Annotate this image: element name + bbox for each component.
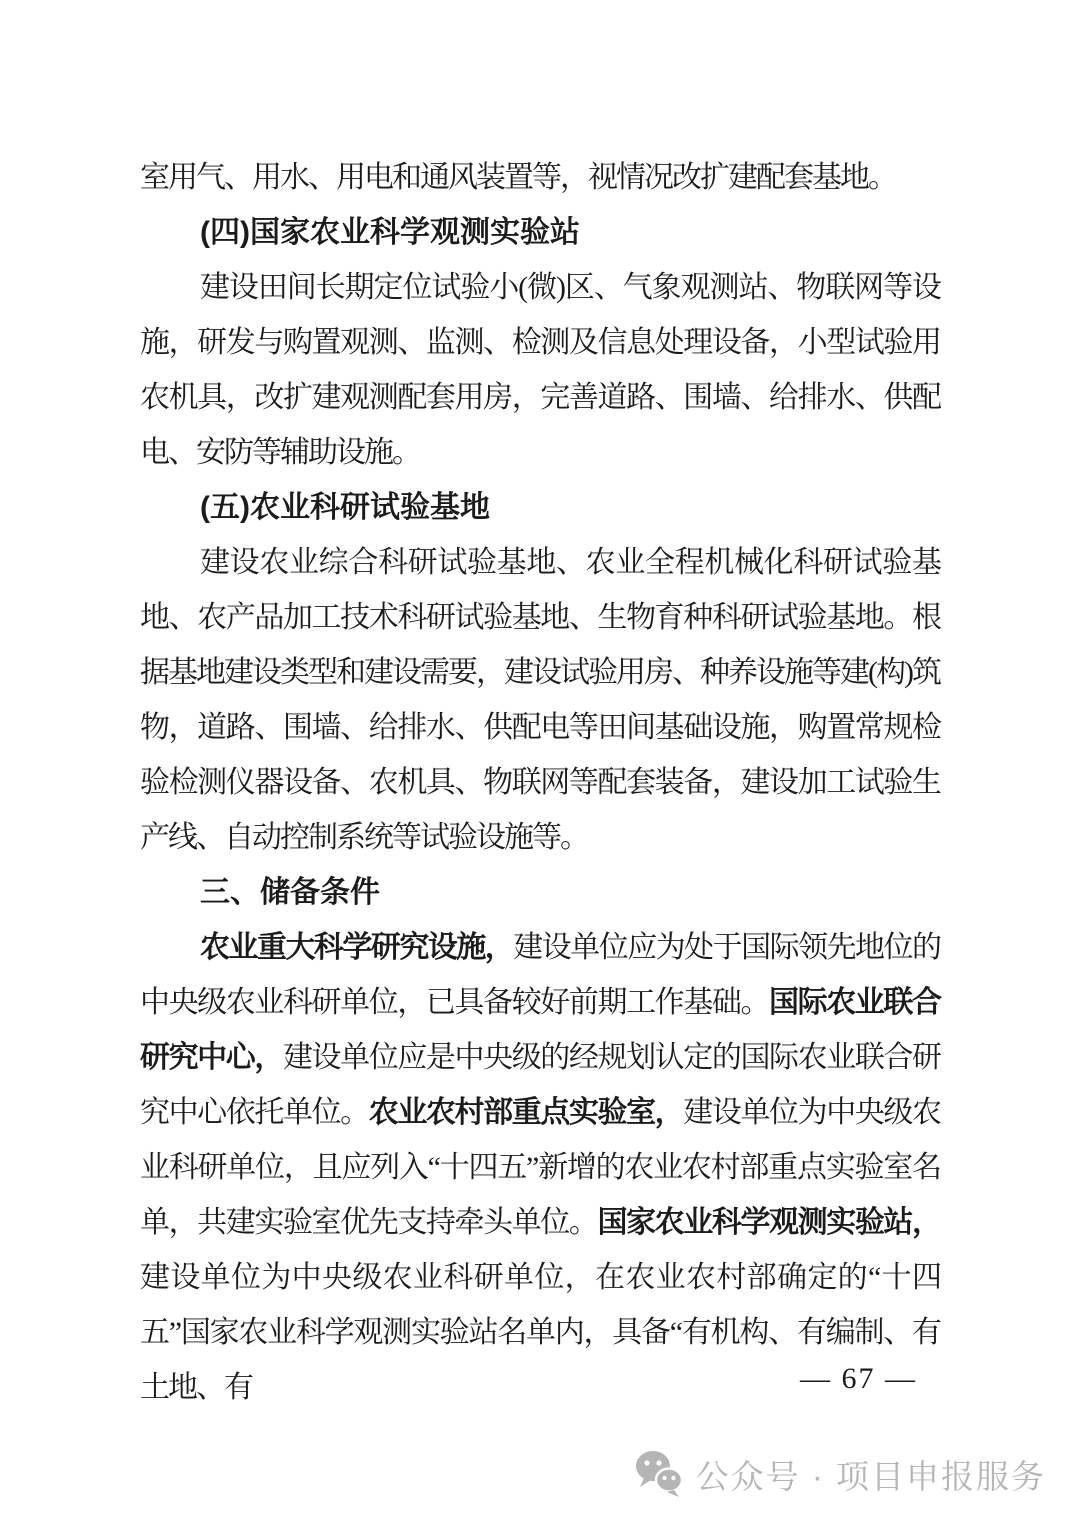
- section-heading: (四)国家农业科学观测实验站: [140, 205, 940, 260]
- text-run: 建设农业综合科研试验基地、农业全程机械化科研试验基地、农产品加工技术科研试验基地…: [140, 546, 940, 854]
- section-heading: 三、储备条件: [140, 865, 940, 920]
- text-run: 建设田间长期定位试验小(微)区、气象观测站、物联网等设施，研发与购置观测、监测、…: [140, 271, 940, 469]
- bold-text-run: (四)国家农业科学观测实验站: [200, 216, 580, 249]
- bold-text-run: (五)农业科研试验基地: [200, 491, 490, 524]
- document-page: 室用气、用水、用电和通风装置等，视情况改扩建配套基地。(四)国家农业科学观测实验…: [0, 0, 1080, 1527]
- bold-text-run: 三、储备条件: [200, 876, 380, 909]
- watermark-text: 公众号 · 项目申报服务: [696, 1451, 1046, 1498]
- document-body: 室用气、用水、用电和通风装置等，视情况改扩建配套基地。(四)国家农业科学观测实验…: [140, 150, 940, 1415]
- page-number: — 67 —: [800, 1362, 917, 1396]
- section-heading: (五)农业科研试验基地: [140, 480, 940, 535]
- watermark-footer: 公众号 · 项目申报服务: [634, 1450, 1046, 1498]
- body-paragraph: 建设田间长期定位试验小(微)区、气象观测站、物联网等设施，研发与购置观测、监测、…: [140, 260, 940, 480]
- body-paragraph: 农业重大科学研究设施，建设单位应为处于国际领先地位的中央级农业科研单位，已具备较…: [140, 920, 940, 1415]
- body-paragraph: 建设农业综合科研试验基地、农业全程机械化科研试验基地、农产品加工技术科研试验基地…: [140, 535, 940, 865]
- text-run: 室用气、用水、用电和通风装置等，视情况改扩建配套基地。: [140, 161, 896, 194]
- wechat-icon: [634, 1450, 684, 1498]
- bold-text-run: 国家农业科学观测实验站，: [597, 1206, 940, 1239]
- bold-text-run: 农业重大科学研究设施，: [200, 931, 513, 964]
- bold-text-run: 农业农村部重点实验室，: [369, 1096, 684, 1129]
- body-paragraph: 室用气、用水、用电和通风装置等，视情况改扩建配套基地。: [140, 150, 940, 205]
